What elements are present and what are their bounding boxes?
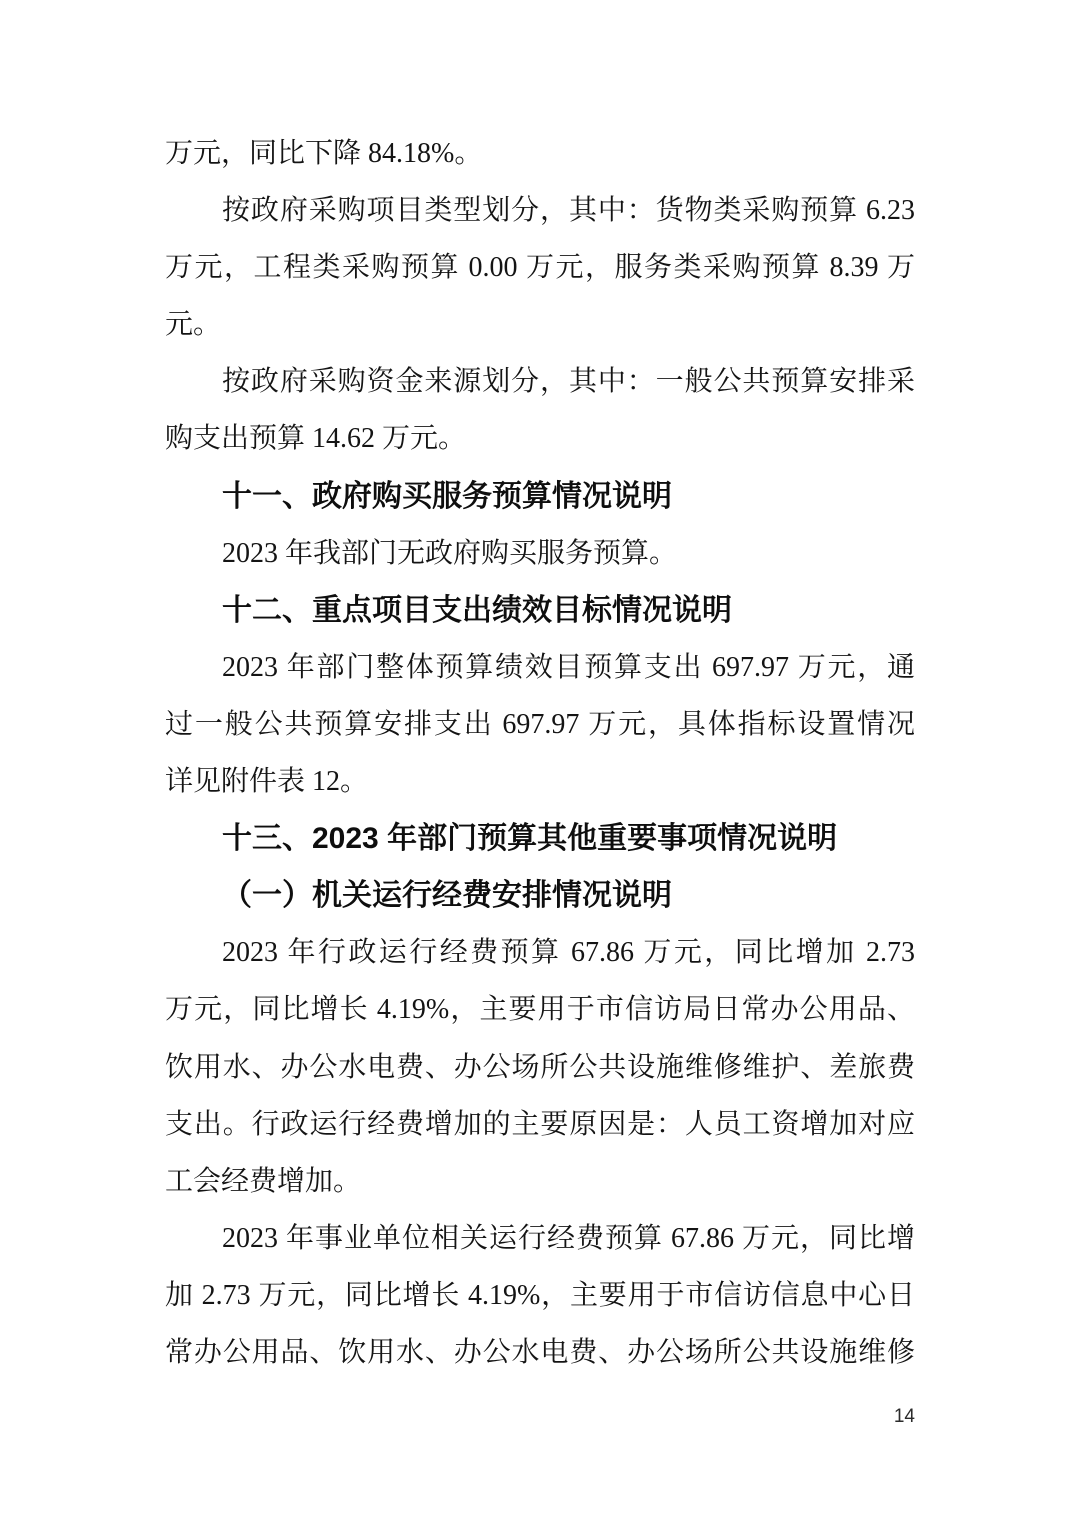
body-text-line: 按政府采购资金来源划分，其中：一般公共预算安排采 — [165, 353, 915, 410]
document-text-block: 万元，同比下降 84.18%。按政府采购项目类型划分，其中：货物类采购预算 6.… — [165, 125, 915, 1381]
body-text-line: 万元，同比增长 4.19%，主要用于市信访局日常办公用品、 — [165, 981, 915, 1038]
body-text-line: 万元，同比下降 84.18%。 — [165, 125, 915, 182]
body-text-line: 详见附件表 12。 — [165, 753, 915, 810]
document-page: 万元，同比下降 84.18%。按政府采购项目类型划分，其中：货物类采购预算 6.… — [0, 0, 1075, 1520]
body-text-line: 工会经费增加。 — [165, 1153, 915, 1210]
body-text-line: 支出。行政运行经费增加的主要原因是：人员工资增加对应 — [165, 1096, 915, 1153]
section-heading: （一）机关运行经费安排情况说明 — [165, 867, 915, 924]
body-text-line: 按政府采购项目类型划分，其中：货物类采购预算 6.23 — [165, 182, 915, 239]
section-heading: 十三、2023 年部门预算其他重要事项情况说明 — [165, 810, 915, 867]
body-text-line: 饮用水、办公水电费、办公场所公共设施维修维护、差旅费 — [165, 1039, 915, 1096]
body-text-line: 2023 年事业单位相关运行经费预算 67.86 万元，同比增 — [165, 1210, 915, 1267]
section-heading: 十一、政府购买服务预算情况说明 — [165, 468, 915, 525]
section-heading: 十二、重点项目支出绩效目标情况说明 — [165, 582, 915, 639]
body-text-line: 过一般公共预算安排支出 697.97 万元，具体指标设置情况 — [165, 696, 915, 753]
body-text-line: 元。 — [165, 296, 915, 353]
body-text-line: 万元，工程类采购预算 0.00 万元，服务类采购预算 8.39 万 — [165, 239, 915, 296]
body-text-line: 2023 年我部门无政府购买服务预算。 — [165, 525, 915, 582]
body-text-line: 2023 年部门整体预算绩效目预算支出 697.97 万元，通 — [165, 639, 915, 696]
body-text-line: 常办公用品、饮用水、办公水电费、办公场所公共设施维修 — [165, 1324, 915, 1381]
body-text-line: 2023 年行政运行经费预算 67.86 万元，同比增加 2.73 — [165, 924, 915, 981]
body-text-line: 购支出预算 14.62 万元。 — [165, 410, 915, 467]
body-text-line: 加 2.73 万元，同比增长 4.19%，主要用于市信访信息中心日 — [165, 1267, 915, 1324]
page-number: 14 — [894, 1404, 915, 1430]
